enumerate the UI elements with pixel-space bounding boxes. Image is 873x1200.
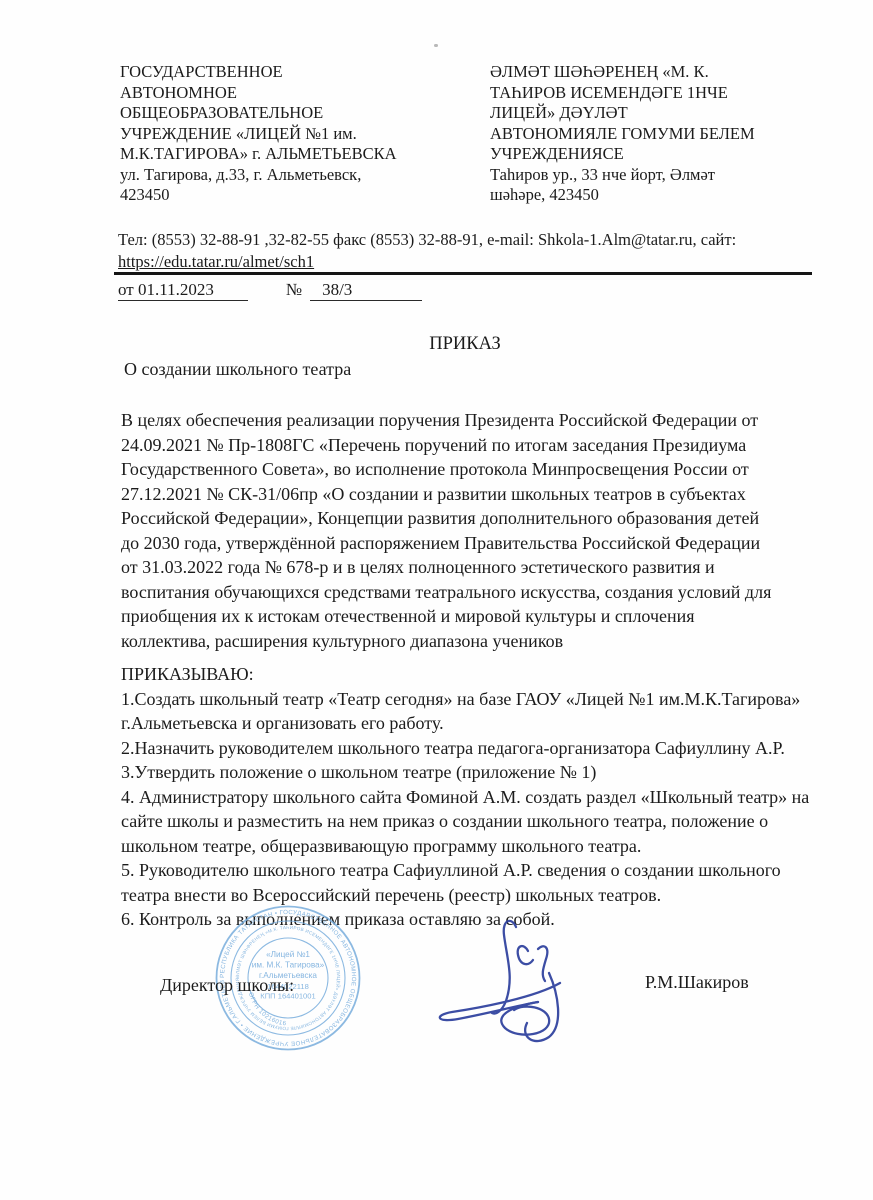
website-url: https://edu.tatar.ru/almet/sch1 bbox=[118, 252, 314, 272]
order-item-1: 1.Создать школьный театр «Театр сегодня»… bbox=[121, 687, 829, 736]
reference-line: от 01.11.2023№38/3 bbox=[118, 280, 422, 301]
director-name: Р.М.Шакиров bbox=[645, 972, 749, 993]
letterhead-russian-org: ГОСУДАРСТВЕННОЕ АВТОНОМНОЕ ОБЩЕОБРАЗОВАТ… bbox=[120, 62, 465, 206]
document-body: В целях обеспечения реализации поручения… bbox=[121, 408, 829, 932]
order-item-5: 5. Руководителю школьного театра Сафиулл… bbox=[121, 858, 829, 907]
document-subject: О создании школьного театра bbox=[124, 359, 351, 380]
order-item-2: 2.Назначить руководителем школьного теат… bbox=[121, 736, 829, 761]
signature-stroke-letters bbox=[518, 946, 548, 981]
signature-stroke-flourish bbox=[440, 983, 560, 1020]
scan-speck bbox=[434, 44, 438, 47]
stamp-center-line1: «Лицей №1 bbox=[266, 950, 310, 959]
order-item-3: 3.Утвердить положение о школьном театре … bbox=[121, 760, 829, 785]
contacts-line: Тел: (8553) 32-88-91 ,32-82-55 факс (855… bbox=[118, 230, 828, 250]
handwritten-signature bbox=[428, 915, 590, 1063]
letterhead-tatar-org: ӘЛМӘТ ШӘҺӘРЕНЕҢ «М. К. ТАҺИРОВ ИСЕМЕНДӘГ… bbox=[490, 62, 820, 206]
document-title: ПРИКАЗ bbox=[120, 334, 810, 355]
order-item-4: 4. Администратору школьного сайта Фомино… bbox=[121, 785, 829, 859]
order-number: 38/3 bbox=[310, 280, 422, 301]
resolution-heading: ПРИКАЗЫВАЮ: bbox=[121, 662, 829, 687]
preamble-paragraph: В целях обеспечения реализации поручения… bbox=[121, 408, 829, 653]
horizontal-rule bbox=[114, 272, 812, 275]
director-label: Директор школы: bbox=[160, 975, 294, 996]
order-date: от 01.11.2023 bbox=[118, 280, 248, 301]
number-sign: № bbox=[286, 280, 310, 300]
stamp-center-line2: им. М.К. Тагирова» bbox=[252, 961, 325, 970]
scanned-order-document: ГОСУДАРСТВЕННОЕ АВТОНОМНОЕ ОБЩЕОБРАЗОВАТ… bbox=[0, 0, 873, 1200]
